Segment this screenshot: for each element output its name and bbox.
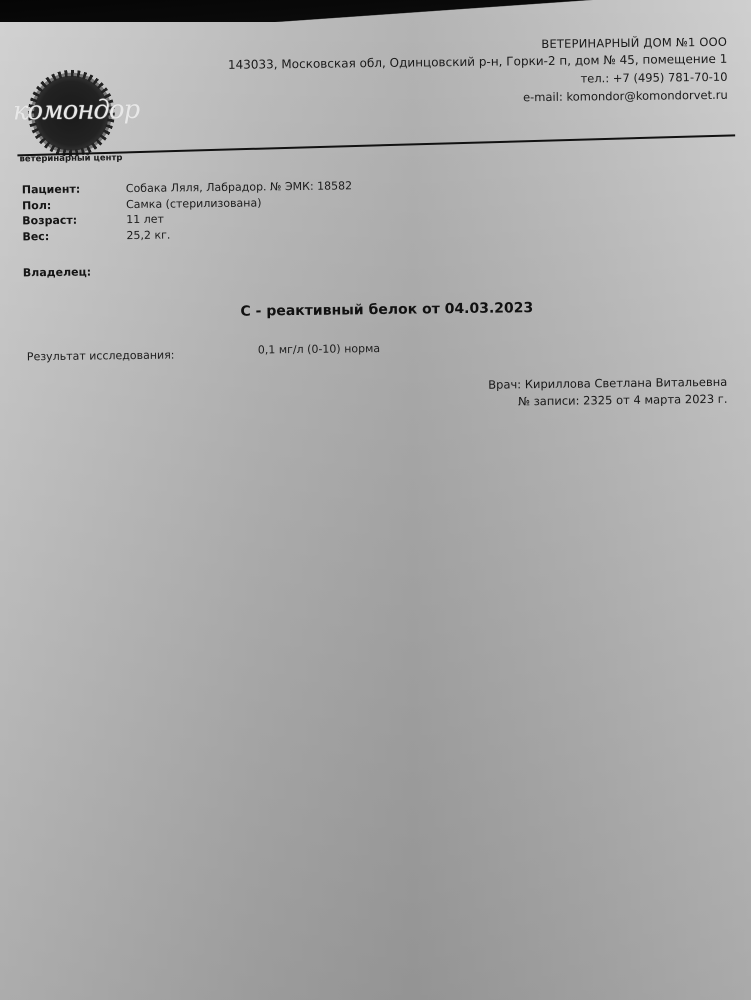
field-value: Самка (стерилизована) <box>126 195 262 212</box>
patient-info: Пациент: Собака Ляля, Лабрадор. № ЭМК: 1… <box>22 178 353 244</box>
document: комондор ветеринарный центр ВЕТЕРИНАРНЫЙ… <box>0 0 751 1000</box>
clinic-email: e-mail: komondor@komondorvet.ru <box>523 86 728 106</box>
owner-label: Владелец: <box>23 266 91 280</box>
field-value: 25,2 кг. <box>126 227 170 243</box>
result-label: Результат исследования: <box>27 349 175 364</box>
clinic-header: ВЕТЕРИНАРНЫЙ ДОМ №1 ООО 143033, Московск… <box>522 34 728 106</box>
field-label: Вес: <box>22 228 126 245</box>
signature-block: Врач: Кириллова Светлана Витальевна № за… <box>488 374 727 411</box>
field-label: Пол: <box>22 197 126 214</box>
clinic-phone: тел.: +7 (495) 781-70-10 <box>523 69 728 89</box>
field-label: Возраст: <box>22 212 126 229</box>
logo-wordmark: комондор <box>13 95 140 127</box>
test-title: С - реактивный белок от 04.03.2023 <box>1 297 751 322</box>
record-number: № записи: 2325 от 4 марта 2023 г. <box>488 391 727 411</box>
field-label: Пациент: <box>22 181 126 198</box>
result-value: 0,1 мг/л (0-10) норма <box>258 342 380 356</box>
field-value: 11 лет <box>126 212 164 228</box>
field-value: Собака Ляля, Лабрадор. № ЭМК: 18582 <box>126 178 352 196</box>
weight-row: Вес: 25,2 кг. <box>22 225 352 245</box>
